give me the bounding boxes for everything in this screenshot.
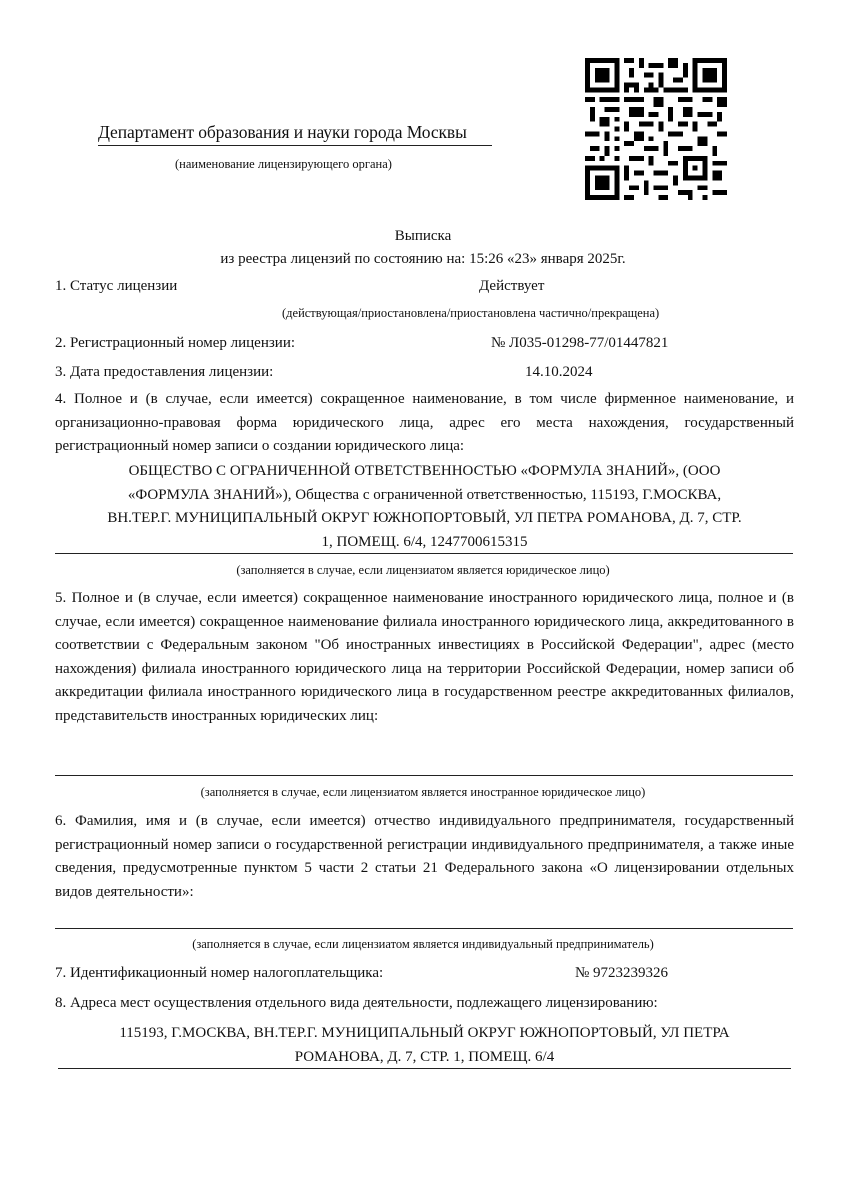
foreign-entity-caption: (заполняется в случае, если лицензиатом … [50, 785, 796, 800]
addresses-label: 8. Адреса мест осуществления отдельного … [55, 994, 658, 1013]
address-line: РОМАНОВА, Д. 7, СТР. 1, ПОМЕЩ. 6/4 [55, 1046, 794, 1070]
inn-label: 7. Идентификационный номер налогоплатель… [55, 964, 383, 983]
divider [58, 1068, 791, 1069]
licensing-body-caption: (наименование лицензирующего органа) [175, 157, 392, 172]
qr-code-icon [585, 58, 727, 200]
inn-value: № 9723239326 [575, 964, 668, 983]
legal-entity-line: 1, ПОМЕЩ. 6/4, 1247700615315 [55, 531, 794, 555]
document-subtitle: из реестра лицензий по состоянию на: 15:… [50, 250, 796, 269]
status-caption: (действующая/приостановлена/приостановле… [282, 306, 659, 321]
divider [55, 553, 793, 554]
reg-number-label: 2. Регистрационный номер лицензии: [55, 334, 295, 353]
licensing-body-name: Департамент образования и науки города М… [98, 122, 467, 143]
status-label: 1. Статус лицензии [55, 277, 177, 296]
individual-label: 6. Фамилия, имя и (в случае, если имеетс… [55, 810, 794, 904]
legal-entity-line: ВН.ТЕР.Г. МУНИЦИПАЛЬНЫЙ ОКРУГ ЮЖНОПОРТОВ… [55, 507, 794, 531]
legal-entity-caption: (заполняется в случае, если лицензиатом … [50, 563, 796, 578]
foreign-entity-label: 5. Полное и (в случае, если имеется) сок… [55, 587, 794, 728]
issue-date-value: 14.10.2024 [525, 363, 593, 382]
issue-date-label: 3. Дата предоставления лицензии: [55, 363, 273, 382]
legal-entity-line: ОБЩЕСТВО С ОГРАНИЧЕННОЙ ОТВЕТСТВЕННОСТЬЮ… [55, 460, 794, 484]
individual-caption: (заполняется в случае, если лицензиатом … [50, 937, 796, 952]
legal-entity-value: ОБЩЕСТВО С ОГРАНИЧЕННОЙ ОТВЕТСТВЕННОСТЬЮ… [55, 460, 794, 554]
reg-number-value: № Л035-01298-77/01447821 [491, 334, 668, 353]
divider [98, 145, 492, 146]
address-line: 115193, Г.МОСКВА, ВН.ТЕР.Г. МУНИЦИПАЛЬНЫ… [55, 1022, 794, 1046]
addresses-value: 115193, Г.МОСКВА, ВН.ТЕР.Г. МУНИЦИПАЛЬНЫ… [55, 1022, 794, 1069]
document-title: Выписка [50, 227, 796, 246]
legal-entity-label: 4. Полное и (в случае, если имеется) сок… [55, 388, 794, 459]
legal-entity-line: «ФОРМУЛА ЗНАНИЙ»), Общества с ограниченн… [55, 484, 794, 508]
divider [55, 928, 793, 929]
divider [55, 775, 793, 776]
status-value: Действует [479, 277, 544, 296]
